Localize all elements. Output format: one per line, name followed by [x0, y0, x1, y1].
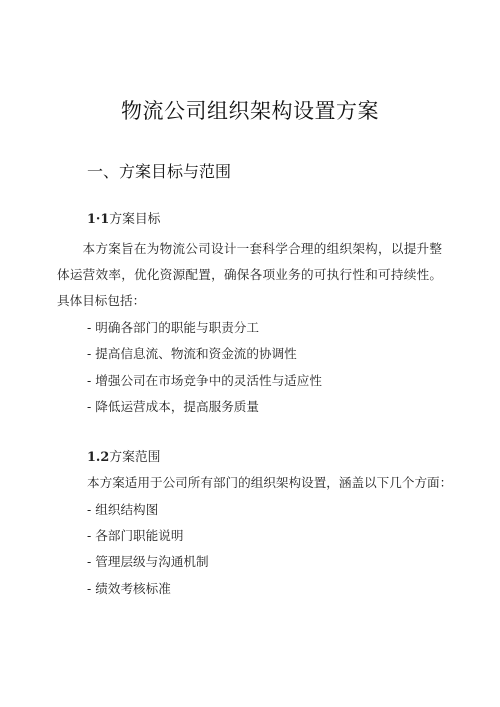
- list-item: - 管理层级与沟通机制: [87, 551, 209, 570]
- subsection-heading-scope: 1.2方案范围: [87, 446, 160, 465]
- subsection-number: 1.2: [87, 450, 109, 465]
- subsection-number: 1·1: [87, 212, 109, 227]
- subsection-title: 方案范围: [109, 450, 160, 465]
- list-item: - 提高信息流、物流和资金流的协调性: [87, 343, 297, 362]
- goals-paragraph: 本方案旨在为物流公司设计一套科学合理的组织架构，以提升整体运营效率，优化资源配置…: [57, 236, 442, 314]
- list-item: - 各部门职能说明: [87, 525, 183, 544]
- document-title: 物流公司组织架构设置方案: [0, 95, 500, 125]
- list-item: - 降低运营成本，提高服务质量: [87, 396, 259, 415]
- list-item: - 增强公司在市场竞争中的灵活性与适应性: [87, 370, 322, 389]
- list-item: - 绩效考核标准: [87, 578, 171, 597]
- scope-paragraph: 本方案适用于公司所有部门的组织架构设置，涵盖以下几个方面：: [87, 472, 452, 491]
- subsection-heading-goals: 1·1方案目标: [87, 208, 160, 227]
- list-item: - 组织结构图: [87, 499, 158, 518]
- section-heading: 一、方案目标与范围: [87, 159, 231, 182]
- list-item: - 明确各部门的职能与职责分工: [87, 317, 259, 336]
- subsection-title: 方案目标: [109, 212, 160, 227]
